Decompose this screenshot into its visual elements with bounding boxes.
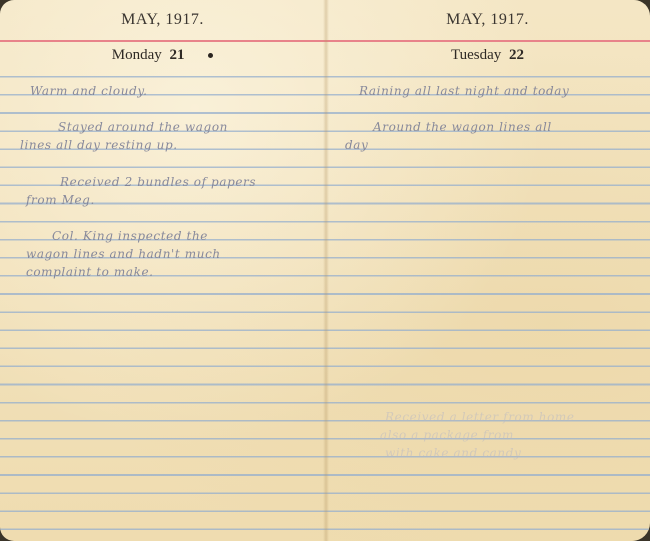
handwritten-line: complaint to make. — [26, 265, 325, 279]
right-page-date: Tuesday 22 — [325, 47, 650, 64]
bleed-through-line: also a package from — [380, 428, 650, 442]
bleed-through-line: Received a letter from home — [385, 410, 650, 424]
diary-spread: MAY, 1917. Monday 21 Warm and cloudy.Sta… — [0, 0, 650, 541]
handwritten-line: day — [345, 138, 650, 152]
handwritten-line: wagon lines and hadn't much — [26, 247, 325, 261]
handwritten-line: Around the wagon lines all — [373, 120, 650, 134]
handwritten-line: Warm and cloudy. — [30, 84, 325, 98]
left-page: MAY, 1917. Monday 21 Warm and cloudy.Sta… — [0, 0, 325, 541]
full-moon-dot-icon — [208, 53, 213, 58]
handwritten-line: Stayed around the wagon — [58, 120, 325, 134]
handwritten-line: Received 2 bundles of papers — [60, 175, 325, 189]
bleed-through-line: with cake and candy — [385, 446, 650, 460]
handwritten-line: lines all day resting up. — [20, 138, 325, 152]
left-page-date: Monday 21 — [0, 47, 325, 64]
handwritten-line: from Meg. — [26, 193, 325, 207]
right-page-month: MAY, 1917. — [325, 11, 650, 29]
left-page-month: MAY, 1917. — [0, 11, 325, 29]
left-page-weekday: Monday — [112, 47, 162, 63]
right-page: MAY, 1917. Tuesday 22 Raining all last n… — [325, 0, 650, 541]
handwritten-line: Col. King inspected the — [52, 229, 325, 243]
right-page-day-number: 22 — [509, 47, 524, 63]
right-page-weekday: Tuesday — [451, 47, 501, 63]
handwritten-line: Raining all last night and today — [359, 84, 650, 98]
left-page-day-number: 21 — [170, 47, 185, 63]
